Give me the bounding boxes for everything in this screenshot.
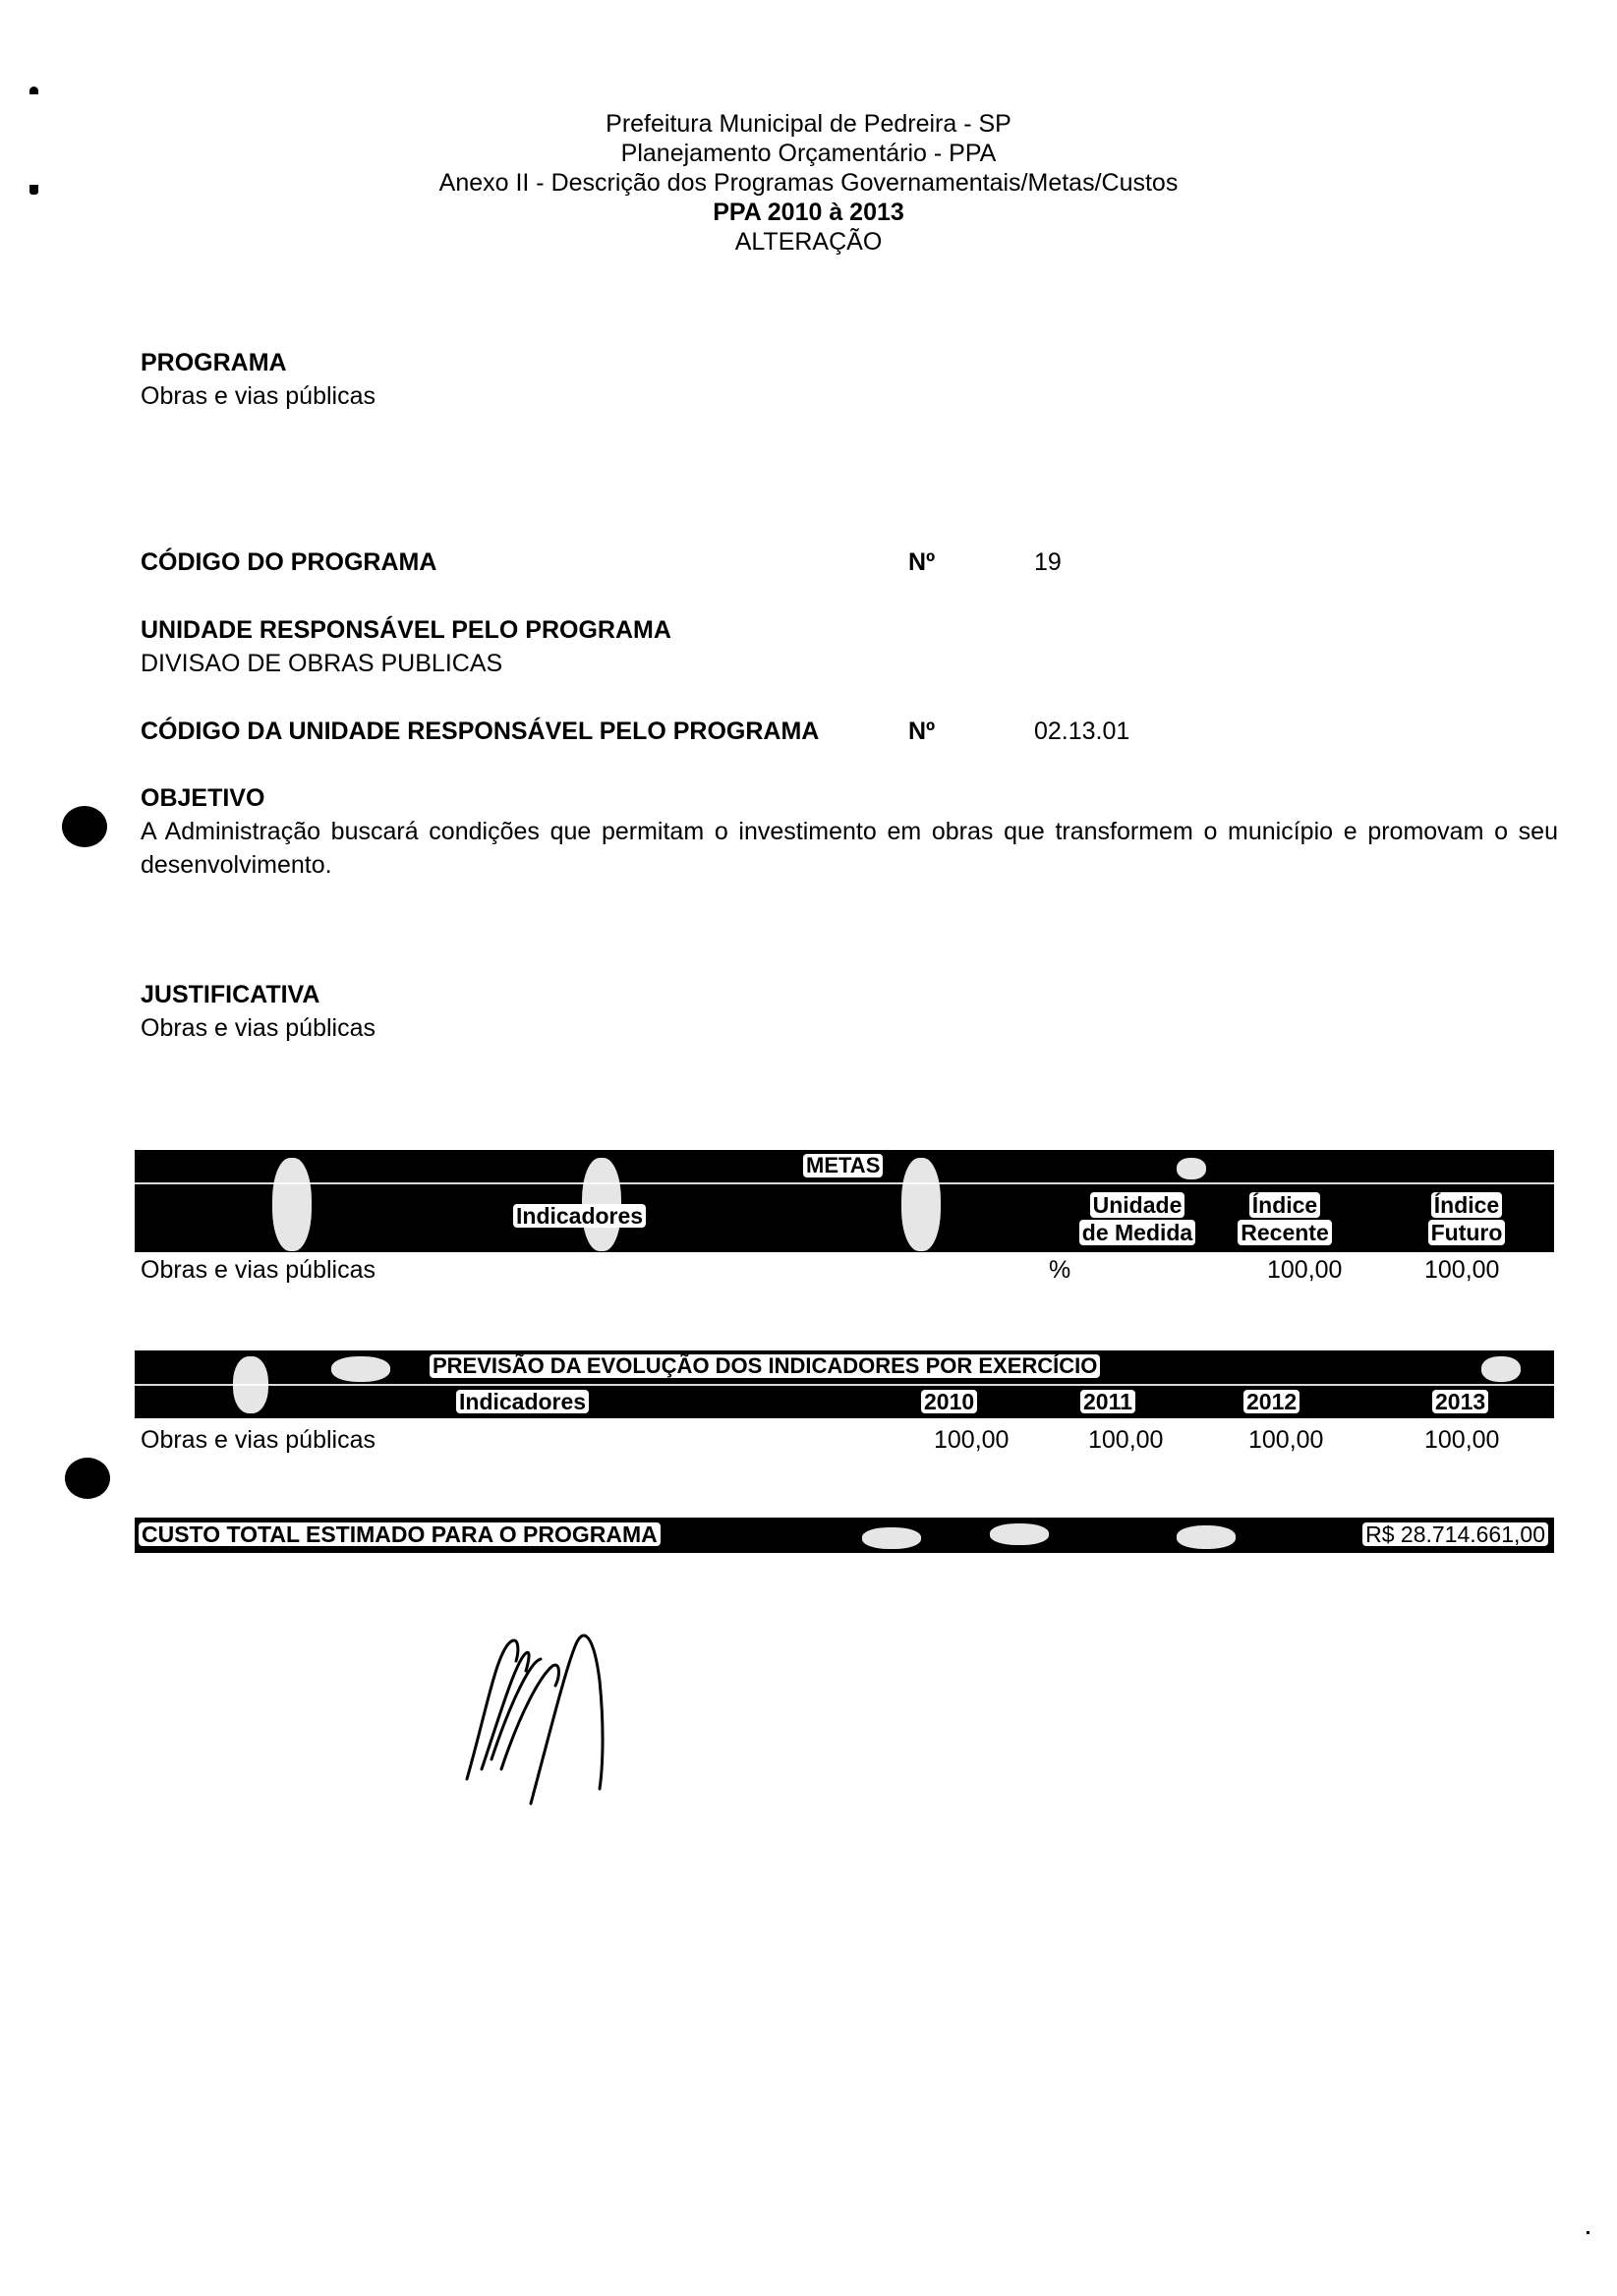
custo-total-value: R$ 28.714.661,00 [1362,1522,1548,1546]
scan-noise [990,1523,1049,1545]
metas-row-indicador: Obras e vias públicas [141,1255,375,1285]
previsao-row-indicador: Obras e vias públicas [141,1425,375,1455]
metas-col-unidade: Unidade de Medida [1073,1193,1201,1245]
metas-col-futuro-l1: Índice [1431,1192,1502,1218]
codigo-unidade-num-label: Nº [908,717,935,746]
previsao-col-2011: 2011 [1080,1390,1135,1413]
previsao-title: PREVISÃO DA EVOLUÇÃO DOS INDICADORES POR… [430,1354,1100,1378]
previsao-col-2013: 2013 [1432,1390,1488,1413]
header-municipality: Prefeitura Municipal de Pedreira - SP [0,109,1617,139]
metas-col-futuro: Índice Futuro [1413,1193,1521,1245]
previsao-col-2012: 2012 [1243,1390,1299,1413]
metas-title: METAS [803,1154,883,1177]
custo-total-bar: CUSTO TOTAL ESTIMADO PARA O PROGRAMA R$ … [135,1518,1554,1553]
previsao-row-2012: 100,00 [1248,1425,1323,1455]
header-ppa-period: PPA 2010 à 2013 [0,198,1617,227]
signature [462,1622,609,1818]
metas-row-futuro: 100,00 [1424,1255,1499,1285]
header-alteration: ALTERAÇÃO [0,227,1617,257]
justificativa-value: Obras e vias públicas [141,1013,375,1043]
metas-table-row: Obras e vias públicas % 100,00 100,00 [135,1255,1554,1285]
metas-col-indicadores: Indicadores [513,1204,646,1228]
punch-hole-bottom [65,1458,110,1499]
unidade-value: DIVISAO DE OBRAS PUBLICAS [141,649,502,678]
metas-col-recente-l2: Recente [1238,1220,1331,1245]
metas-row-unidade: % [1049,1255,1070,1285]
metas-col-unidade-l1: Unidade [1090,1192,1185,1218]
metas-col-recente-l1: Índice [1249,1192,1320,1218]
previsao-row-2010: 100,00 [934,1425,1009,1455]
metas-header-divider [135,1182,1554,1184]
codigo-unidade-value: 02.13.01 [1034,717,1129,746]
codigo-programa-value: 19 [1034,547,1062,577]
scan-noise [1177,1525,1236,1549]
scan-noise [1177,1158,1206,1179]
codigo-unidade-label: CÓDIGO DA UNIDADE RESPONSÁVEL PELO PROGR… [141,717,819,746]
scan-noise [1481,1356,1521,1382]
codigo-programa-num-label: Nº [908,547,935,577]
previsao-col-indicadores: Indicadores [456,1390,589,1413]
scan-dot [1587,2231,1589,2234]
metas-col-recente: Índice Recente [1226,1193,1344,1245]
header-planning: Planejamento Orçamentário - PPA [0,139,1617,168]
previsao-table-row: Obras e vias públicas 100,00 100,00 100,… [135,1425,1554,1455]
metas-col-unidade-l2: de Medida [1079,1220,1195,1245]
justificativa-label: JUSTIFICATIVA [141,980,319,1009]
previsao-table-header: PREVISÃO DA EVOLUÇÃO DOS INDICADORES POR… [135,1350,1554,1418]
metas-table-header: METAS Indicadores Unidade de Medida Índi… [135,1150,1554,1252]
objetivo-text: A Administração buscará condições que pe… [141,815,1558,882]
scan-noise [901,1158,941,1251]
custo-total-label: CUSTO TOTAL ESTIMADO PARA O PROGRAMA [139,1522,661,1546]
programa-value: Obras e vias públicas [141,381,375,411]
scan-noise [272,1158,312,1251]
unidade-label: UNIDADE RESPONSÁVEL PELO PROGRAMA [141,615,671,645]
scan-noise [233,1356,268,1413]
metas-col-futuro-l2: Futuro [1428,1220,1506,1245]
objetivo-label: OBJETIVO [141,783,264,813]
previsao-row-2013: 100,00 [1424,1425,1499,1455]
punch-hole-top [62,806,107,847]
scan-noise [331,1356,390,1382]
programa-label: PROGRAMA [141,348,287,377]
previsao-row-2011: 100,00 [1088,1425,1163,1455]
previsao-header-divider [135,1384,1554,1386]
scan-noise [862,1527,921,1549]
document-header: Prefeitura Municipal de Pedreira - SP Pl… [0,109,1617,257]
metas-row-recente: 100,00 [1267,1255,1342,1285]
header-annex: Anexo II - Descrição dos Programas Gover… [0,168,1617,198]
scan-mark-top [29,86,38,94]
previsao-col-2010: 2010 [921,1390,977,1413]
codigo-programa-label: CÓDIGO DO PROGRAMA [141,547,436,577]
